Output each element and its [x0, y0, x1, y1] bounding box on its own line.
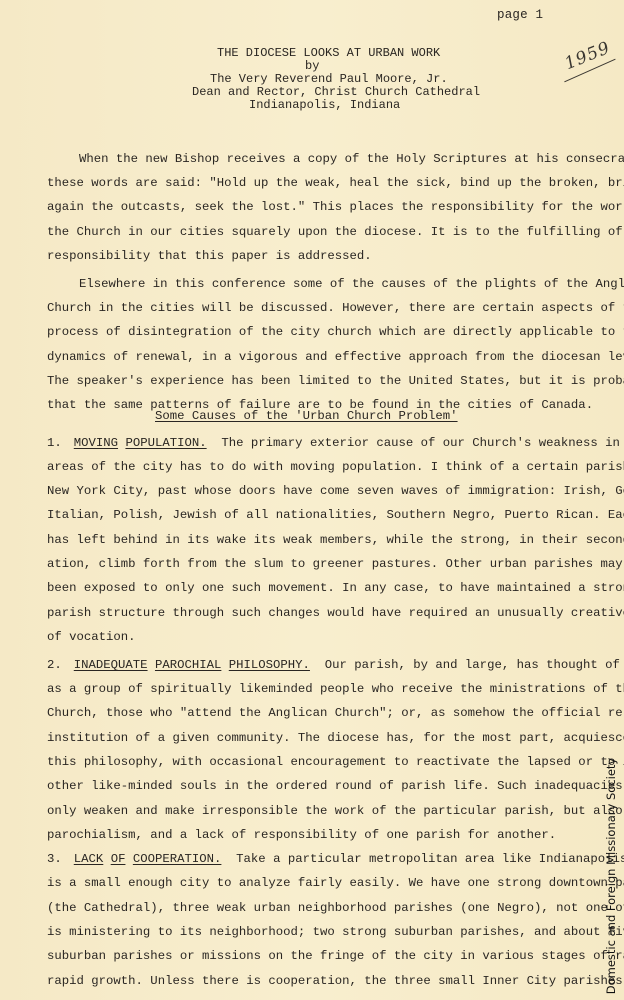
paragraph-line: other like-minded souls in the ordered r…	[47, 778, 624, 794]
paragraph-line: responsibility that this paper is addres…	[47, 248, 372, 264]
paragraph-line: has left behind in its wake its weak mem…	[47, 532, 624, 548]
paragraph-line: rapid growth. Unless there is cooperatio…	[47, 973, 624, 989]
byline-by: by	[305, 59, 319, 73]
paragraph-line: When the new Bishop receives a copy of t…	[79, 151, 624, 167]
section-title-word: PAROCHIAL	[155, 658, 221, 672]
paragraph-line: again the outcasts, seek the lost." This…	[47, 199, 624, 215]
section-3-first-line: 3.LACK OF COOPERATION. Take a particular…	[47, 851, 624, 867]
paragraph-line: this philosophy, with occasional encoura…	[47, 754, 624, 770]
section-title-word: OF	[111, 852, 126, 866]
paragraph-line: of vocation.	[47, 629, 136, 645]
paragraph-line: dynamics of renewal, in a vigorous and e…	[47, 349, 624, 365]
section-title-word: PHILOSOPHY.	[229, 658, 310, 672]
paragraph-line: areas of the city has to do with moving …	[47, 459, 624, 475]
section-title-word: LACK	[74, 852, 104, 866]
paragraph-line: Church in the cities will be discussed. …	[47, 300, 624, 316]
section-number: 1.	[47, 436, 62, 450]
section-1-first-line: 1.MOVING POPULATION. The primary exterio…	[47, 435, 624, 451]
archive-credit: Domestic and Foreign Missionary Society	[602, 760, 620, 992]
paragraph-line: Italian, Polish, Jewish of all nationali…	[47, 507, 624, 523]
archive-credit-text: Domestic and Foreign Missionary Society	[604, 758, 618, 994]
section-text: Our parish, by and large, has thought of…	[325, 658, 624, 672]
paragraph-line: institution of a given community. The di…	[47, 730, 624, 746]
page-number: page 1	[497, 8, 543, 22]
paragraph-line: these words are said: "Hold up the weak,…	[47, 175, 624, 191]
section-title-word: COOPERATION.	[133, 852, 222, 866]
section-title-word: POPULATION.	[125, 436, 206, 450]
paragraph-line: The speaker's experience has been limite…	[47, 373, 624, 389]
paragraph-line: is ministering to its neighborhood; two …	[47, 924, 624, 940]
section-title-word: INADEQUATE	[74, 658, 148, 672]
section-number: 2.	[47, 658, 62, 672]
author-name: The Very Reverend Paul Moore, Jr.	[210, 72, 448, 86]
section-heading: Some Causes of the 'Urban Church Problem…	[155, 408, 458, 424]
paragraph-line: New York City, past whose doors have com…	[47, 483, 624, 499]
section-2-first-line: 2.INADEQUATE PAROCHIAL PHILOSOPHY. Our p…	[47, 657, 624, 673]
paragraph-line: ation, climb forth from the slum to gree…	[47, 556, 624, 572]
author-location: Indianapolis, Indiana	[249, 98, 400, 112]
paragraph-line: parish structure through such changes wo…	[47, 605, 624, 621]
section-number: 3.	[47, 852, 62, 866]
handwritten-year-text: 1959	[562, 38, 613, 74]
section-text: The primary exterior cause of our Church…	[221, 436, 624, 450]
paragraph-line: been exposed to only one such movement. …	[47, 580, 624, 596]
paragraph-line: Elsewhere in this conference some of the…	[79, 276, 624, 292]
author-position: Dean and Rector, Christ Church Cathedral	[192, 85, 480, 99]
paragraph-line: the Church in our cities squarely upon t…	[47, 224, 624, 240]
paragraph-line: parochialism, and a lack of responsibili…	[47, 827, 556, 843]
paragraph-line: process of disintegration of the city ch…	[47, 324, 624, 340]
paragraph-line: Church, those who "attend the Anglican C…	[47, 705, 624, 721]
handwritten-year-annotation: 1959	[560, 40, 620, 90]
document-page: page 1 1959 THE DIOCESE LOOKS AT URBAN W…	[0, 0, 624, 1000]
paragraph-line: suburban parishes or missions on the fri…	[47, 948, 624, 964]
section-text: Take a particular metropolitan area like…	[236, 852, 624, 866]
paragraph-line: only weaken and make irresponsible the w…	[47, 803, 624, 819]
paragraph-line: is a small enough city to analyze fairly…	[47, 875, 624, 891]
paragraph-line: as a group of spiritually likeminded peo…	[47, 681, 624, 697]
section-title-word: MOVING	[74, 436, 118, 450]
paragraph-line: (the Cathedral), three weak urban neighb…	[47, 900, 624, 916]
document-title: THE DIOCESE LOOKS AT URBAN WORK	[217, 46, 440, 60]
